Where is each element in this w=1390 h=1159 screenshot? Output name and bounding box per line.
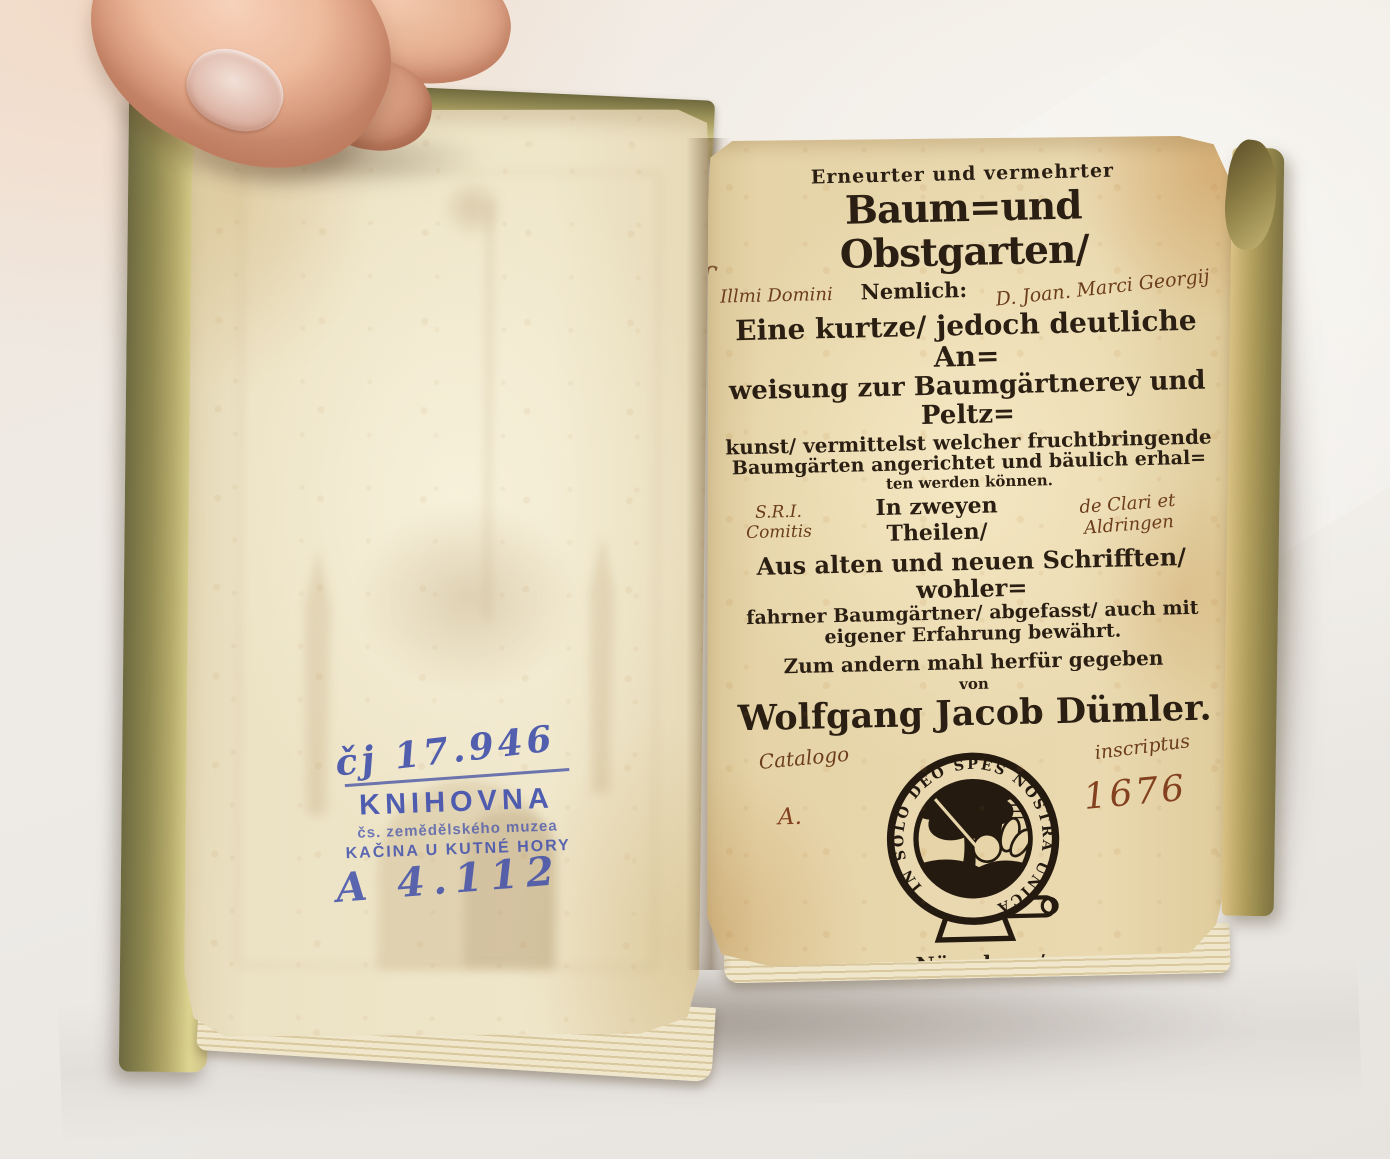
title-page-content: ʃ Erneurter und vermehrter Baum=und Obst… <box>697 130 1242 972</box>
printer-device-woodcut: IN SOLO DEO SPES NOSTRA UNICA <box>860 735 1087 950</box>
manuscript-family-note: de Clari et Aldringen <box>1040 487 1217 542</box>
parts-row: S.R.I. Comitis In zweyen Theilen/ de Cla… <box>725 487 1216 550</box>
photo-scene: čj 17.946 KNIHOVNA čs. zemědělského muze… <box>0 0 1390 1159</box>
title-page: ʃ Erneurter und vermehrter Baum=und Obst… <box>706 136 1232 966</box>
manuscript-inscriptus-note: inscriptus <box>1094 730 1192 764</box>
manuscript-owner-note-left: Illmi Domini <box>720 284 833 308</box>
ghost-dome <box>355 499 581 696</box>
nemlich-label: Nemlich: <box>860 277 967 304</box>
accession-number: čj 17.946 <box>333 717 558 784</box>
manuscript-comitis-note: S.R.I. Comitis <box>725 501 833 543</box>
left-page: čj 17.946 KNIHOVNA čs. zemědělského muze… <box>183 106 709 1040</box>
ghost-obelisk-right <box>578 533 624 793</box>
ghost-pole <box>484 200 494 620</box>
author-name: Wolfgang Jacob Dümler. <box>729 689 1220 739</box>
manuscript-year-1676: 1676 <box>1082 767 1189 817</box>
printer-device-area: Catalogo inscriptus A. 1676 <box>730 732 1225 955</box>
main-title: Baum=und Obstgarten/ <box>718 182 1210 280</box>
ghost-obelisk-left <box>292 547 342 815</box>
manuscript-a-note: A. <box>778 804 803 831</box>
manuscript-catalogo-note: Catalogo <box>758 741 850 773</box>
vellum-cover-right <box>1222 148 1285 917</box>
ghost-star <box>440 176 504 240</box>
parts-line: In zweyen Theilen/ <box>832 491 1042 548</box>
